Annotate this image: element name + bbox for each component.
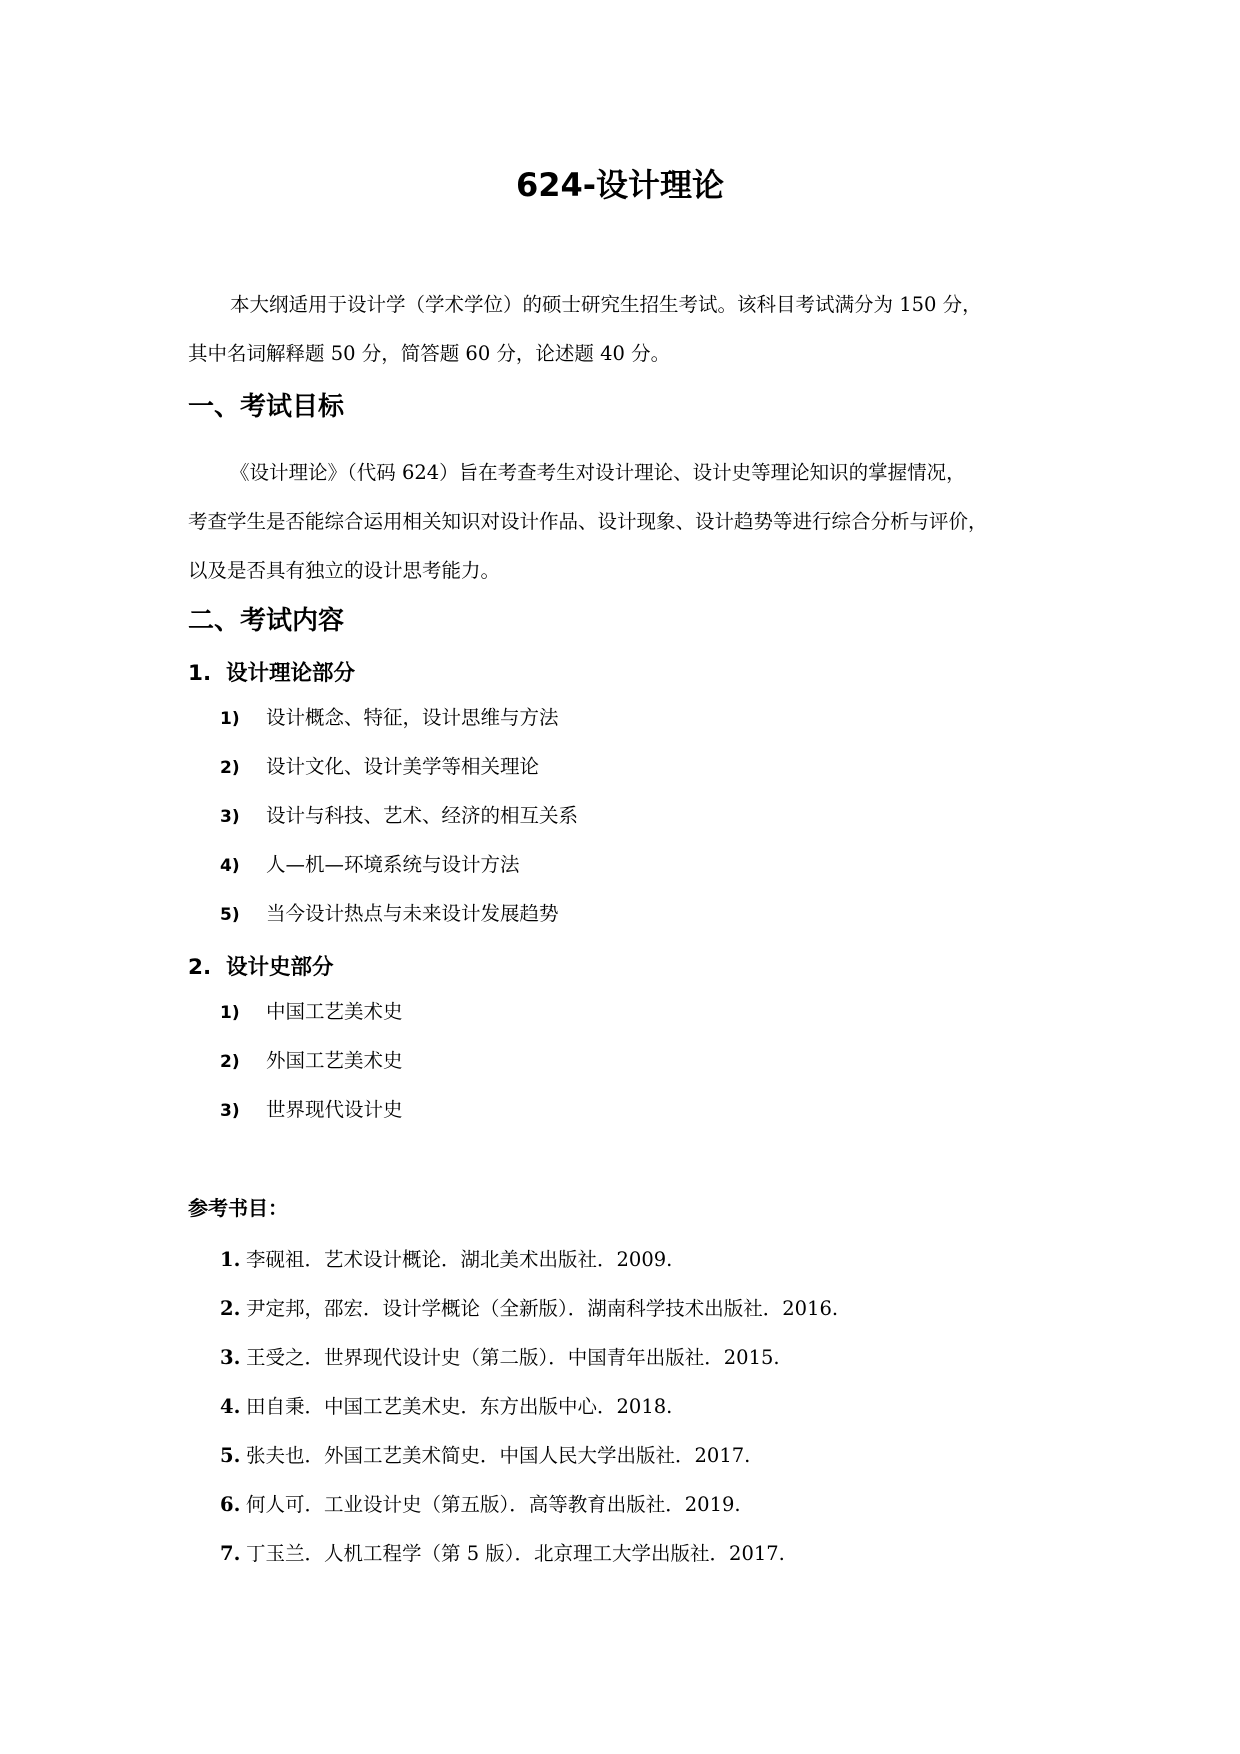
item-text: 当今设计热点与未来设计发展趋势 [266, 902, 559, 925]
item-text: 设计概念、特征，设计思维与方法 [266, 706, 559, 729]
ref-text: 何人可．工业设计史（第五版）．高等教育出版社．2019. [246, 1493, 741, 1516]
part-number: 2. [188, 955, 226, 980]
item-text: 外国工艺美术史 [266, 1049, 403, 1072]
intro-line-1: 本大纲适用于设计学（学术学位）的硕士研究生招生考试。该科目考试满分为 150 分… [230, 293, 982, 316]
part-number: 1. [188, 661, 226, 686]
part-heading-history: 2.设计史部分 [188, 950, 334, 981]
part-heading-theory: 1.设计理论部分 [188, 656, 355, 687]
item-text: 人—机—环境系统与设计方法 [266, 853, 520, 876]
item-number: 2) [220, 758, 266, 778]
ref-text: 张夫也．外国工艺美术简史．中国人民大学出版社．2017. [246, 1444, 750, 1467]
list-item: 4)人—机—环境系统与设计方法 [220, 849, 520, 877]
list-item: 1)中国工艺美术史 [220, 996, 403, 1024]
goals-line-1: 《设计理论》（代码 624）旨在考查考生对设计理论、设计史等理论知识的掌握情况， [230, 461, 966, 484]
ref-number: 7. [220, 1542, 246, 1565]
list-item: 1)设计概念、特征，设计思维与方法 [220, 702, 559, 730]
reference-item: 4.田自秉．中国工艺美术史．东方出版中心．2018. [220, 1391, 672, 1419]
ref-text: 李砚祖．艺术设计概论．湖北美术出版社．2009. [246, 1248, 672, 1271]
ref-number: 5. [220, 1444, 246, 1467]
ref-number: 6. [220, 1493, 246, 1516]
goals-line-3: 以及是否具有独立的设计思考能力。 [188, 559, 500, 582]
reference-item: 6.何人可．工业设计史（第五版）．高等教育出版社．2019. [220, 1489, 741, 1517]
reference-item: 1.李砚祖．艺术设计概论．湖北美术出版社．2009. [220, 1244, 672, 1272]
page-title: 624-设计理论 [0, 160, 1240, 206]
item-number: 5) [220, 905, 266, 925]
part-title: 设计史部分 [226, 955, 334, 980]
reference-item: 3.王受之．世界现代设计史（第二版）．中国青年出版社．2015. [220, 1342, 780, 1370]
goals-paragraph: 《设计理论》（代码 624）旨在考查考生对设计理论、设计史等理论知识的掌握情况，… [188, 448, 1068, 595]
reference-item: 5.张夫也．外国工艺美术简史．中国人民大学出版社．2017. [220, 1440, 750, 1468]
goals-line-2: 考查学生是否能综合运用相关知识对设计作品、设计现象、设计趋势等进行综合分析与评价… [188, 510, 988, 533]
list-item: 5)当今设计热点与未来设计发展趋势 [220, 898, 559, 926]
list-item: 2)设计文化、设计美学等相关理论 [220, 751, 539, 779]
document-page: 624-设计理论 本大纲适用于设计学（学术学位）的硕士研究生招生考试。该科目考试… [0, 0, 1240, 1754]
item-text: 设计文化、设计美学等相关理论 [266, 755, 539, 778]
list-item: 3)设计与科技、艺术、经济的相互关系 [220, 800, 578, 828]
item-number: 2) [220, 1052, 266, 1072]
item-text: 世界现代设计史 [266, 1098, 403, 1121]
intro-line-2: 其中名词解释题 50 分，简答题 60 分，论述题 40 分。 [188, 342, 670, 365]
list-item: 2)外国工艺美术史 [220, 1045, 403, 1073]
item-number: 3) [220, 1101, 266, 1121]
item-text: 设计与科技、艺术、经济的相互关系 [266, 804, 578, 827]
ref-number: 4. [220, 1395, 246, 1418]
section-heading-content: 二、考试内容 [188, 600, 344, 637]
ref-text: 王受之．世界现代设计史（第二版）．中国青年出版社．2015. [246, 1346, 780, 1369]
part-title: 设计理论部分 [226, 661, 355, 686]
item-number: 1) [220, 709, 266, 729]
item-text: 中国工艺美术史 [266, 1000, 403, 1023]
ref-text: 尹定邦，邵宏．设计学概论（全新版）．湖南科学技术出版社．2016. [246, 1297, 838, 1320]
ref-text: 田自秉．中国工艺美术史．东方出版中心．2018. [246, 1395, 672, 1418]
ref-number: 2. [220, 1297, 246, 1320]
ref-number: 3. [220, 1346, 246, 1369]
item-number: 4) [220, 856, 266, 876]
item-number: 1) [220, 1003, 266, 1023]
ref-number: 1. [220, 1248, 246, 1271]
references-heading: 参考书目： [188, 1192, 288, 1221]
reference-item: 2.尹定邦，邵宏．设计学概论（全新版）．湖南科学技术出版社．2016. [220, 1293, 838, 1321]
intro-paragraph: 本大纲适用于设计学（学术学位）的硕士研究生招生考试。该科目考试满分为 150 分… [188, 280, 1068, 378]
reference-item: 7.丁玉兰．人机工程学（第 5 版）．北京理工大学出版社．2017. [220, 1538, 785, 1566]
list-item: 3)世界现代设计史 [220, 1094, 403, 1122]
ref-text: 丁玉兰．人机工程学（第 5 版）．北京理工大学出版社．2017. [246, 1542, 785, 1565]
item-number: 3) [220, 807, 266, 827]
section-heading-goals: 一、考试目标 [188, 386, 344, 423]
